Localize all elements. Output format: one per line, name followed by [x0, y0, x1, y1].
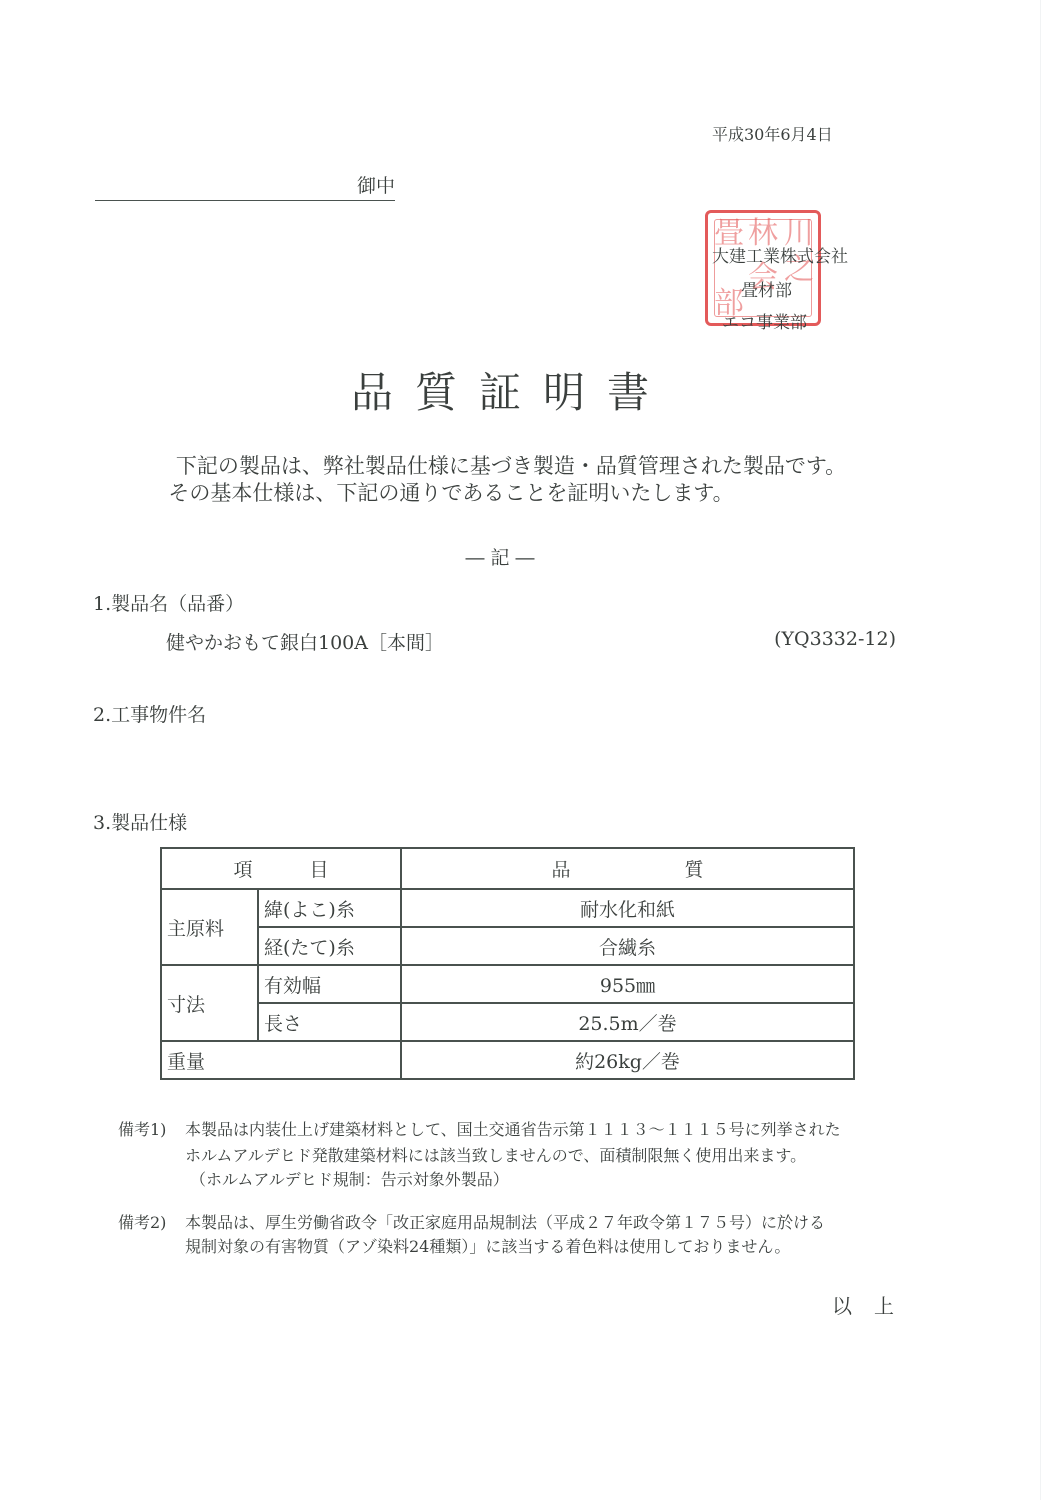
table-row: 長さ 25.5m／巻 [161, 1003, 854, 1041]
intro-line-2: その基本仕様は、下記の通りであることを証明いたします。 [0, 477, 1000, 507]
document-title: 品質証明書 [0, 360, 1000, 420]
issue-date: 平成30年6月4日 [712, 122, 833, 145]
item-label: 有効幅 [258, 965, 401, 1003]
note-2-line: 本製品は、厚生労働省政令「改正家庭用品規制法（平成２７年政令第１７５号）に於ける [185, 1210, 825, 1233]
table-row: 寸法 有効幅 955㎜ [161, 965, 854, 1003]
quality-value: 955㎜ [401, 965, 854, 1003]
quality-value: 耐水化和紙 [401, 889, 854, 927]
product-code: (YQ3332-12) [774, 628, 896, 650]
note-2-line: 規制対象の有害物質（アゾ染料24種類）」に該当する着色料は使用しておりません。 [185, 1234, 790, 1257]
group-label: 寸法 [161, 965, 258, 1041]
note-1-line: 本製品は内装仕上げ建築材料として、国土交通省告示第１１１３～１１１５号に列挙され… [185, 1117, 841, 1140]
intro-line-1: 下記の製品は、弊社製品仕様に基づき製造・品質管理された製品です。 [0, 450, 1000, 480]
addressee-suffix: 御中 [357, 171, 395, 198]
page-edge [1040, 0, 1041, 1500]
header-quality: 品 質 [401, 848, 854, 889]
table-row: 経(たて)糸 合繊糸 [161, 927, 854, 965]
table-row: 主原料 緯(よこ)糸 耐水化和紙 [161, 889, 854, 927]
item-label: 緯(よこ)糸 [258, 889, 401, 927]
note-1-line: （ホルムアルデヒド規制：告示対象外製品） [190, 1167, 509, 1190]
issuer-company: 大建工業株式会社 [712, 242, 848, 267]
ki-marker: ― 記 ― [0, 543, 1000, 570]
issuer-department: 畳材部 [741, 276, 792, 301]
issuer-division: エコ事業部 [722, 308, 807, 333]
note-2-label: 備考2) [118, 1210, 166, 1233]
section-heading-project: 2.工事物件名 [93, 700, 206, 727]
quality-value: 約26kg／巻 [401, 1041, 854, 1079]
group-label: 主原料 [161, 889, 258, 965]
table-row: 重量 約26kg／巻 [161, 1041, 854, 1079]
note-1-label: 備考1) [118, 1117, 166, 1140]
quality-value: 25.5m／巻 [401, 1003, 854, 1041]
item-label: 長さ [258, 1003, 401, 1041]
quality-value: 合繊糸 [401, 927, 854, 965]
product-name: 健やかおもて銀白100A［本間］ [166, 628, 444, 655]
note-1-line: ホルムアルデヒド発散建築材料には該当致しませんので、面積制限無く使用出来ます。 [185, 1143, 806, 1166]
header-item: 項 目 [161, 848, 401, 889]
closing-mark: 以上 [832, 1290, 916, 1319]
addressee-line: 御中 [95, 176, 395, 201]
group-label: 重量 [161, 1041, 401, 1079]
spec-table-header: 項 目 品 質 [161, 848, 854, 889]
section-heading-product: 1.製品名（品番） [93, 589, 244, 616]
spec-table: 項 目 品 質 主原料 緯(よこ)糸 耐水化和紙 経(たて)糸 合繊糸 寸法 有… [160, 847, 855, 1080]
item-label: 経(たて)糸 [258, 927, 401, 965]
section-heading-spec: 3.製品仕様 [93, 808, 187, 835]
